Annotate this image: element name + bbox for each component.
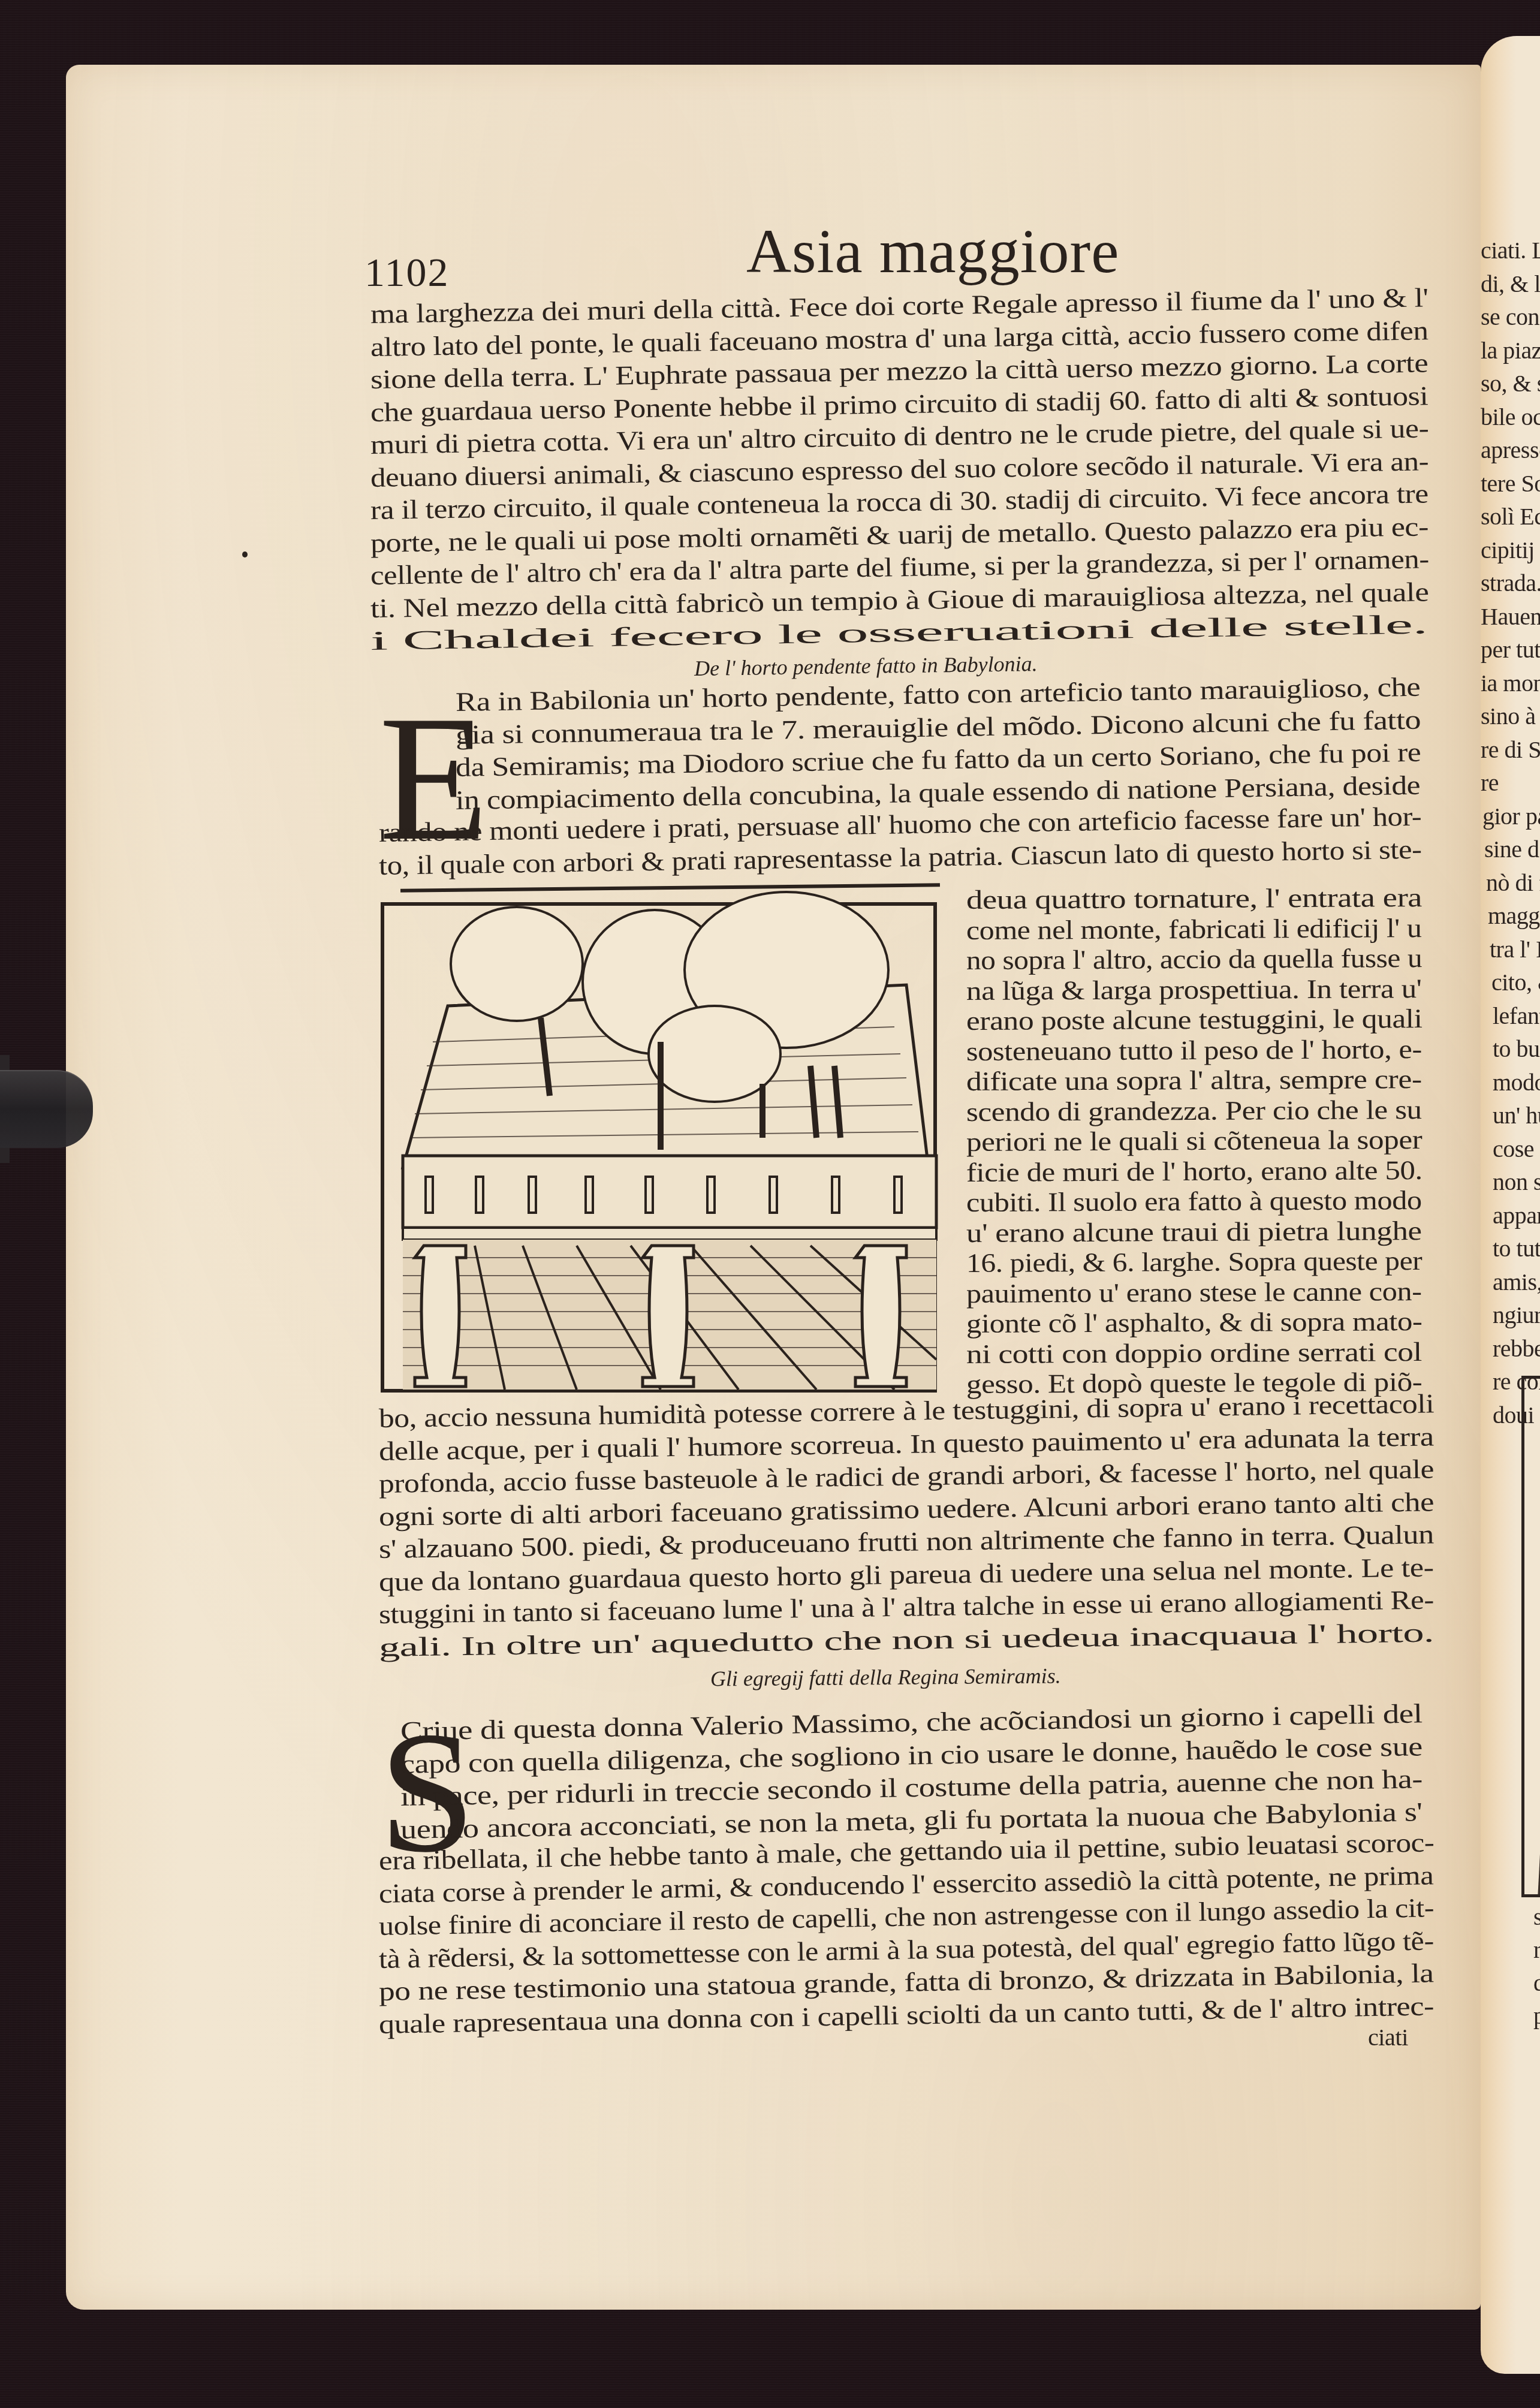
heading-hanging-garden: De l' horto pendente fatto in Babylonia. — [694, 651, 1038, 681]
text-line: periori ne le quali si cõteneua la soper — [966, 1124, 1423, 1158]
text-line: u' erano alcune traui di pietra lunghe — [966, 1215, 1422, 1249]
text-line: sosteneuano tutto il peso de l' horto, e… — [966, 1033, 1422, 1067]
garden-illustration-icon — [379, 886, 939, 1396]
page-number: 1102 — [364, 249, 449, 296]
text-line: scendo di grandezza. Per cio che le su — [966, 1094, 1422, 1128]
text-line: come nel monte, fabricati li edificij l'… — [966, 912, 1422, 946]
heading-semiramis: Gli egregij fatti della Regina Semiramis… — [710, 1663, 1061, 1691]
text-line: pauimento u' erano stese le canne con- — [966, 1276, 1422, 1309]
text-line: 16. piedi, & 6. larghe. Sopra queste per — [966, 1245, 1423, 1279]
text-line: no sopra l' altro, accio da quella fusse… — [966, 942, 1422, 976]
text-line: ficie de muri de l' horto, erano alte 50… — [966, 1155, 1423, 1188]
running-head: Asia maggiore — [746, 216, 1119, 287]
hanging-garden-woodcut — [379, 886, 939, 1396]
text-block: 1102 Asia maggiore ma larghezza dei muri… — [0, 0, 1540, 2408]
text-line: cubiti. Il suolo era fatto à questo modo — [966, 1185, 1422, 1218]
text-line: gionte cõ l' asphalto, & di sopra mato- — [966, 1306, 1423, 1339]
catchword: ciati — [1368, 2023, 1408, 2051]
text-line: deua quattro tornature, l' entrata era — [966, 882, 1422, 915]
ink-spot — [242, 551, 248, 557]
text-line: na lũga & larga prospettiua. In terra u' — [966, 973, 1422, 1006]
text-line: ni cotti con doppio ordine serrati col — [966, 1336, 1422, 1370]
text-line: erano poste alcune testuggini, le quali — [966, 1003, 1423, 1036]
text-line: dificate una sopra l' altra, sempre cre- — [966, 1063, 1422, 1097]
